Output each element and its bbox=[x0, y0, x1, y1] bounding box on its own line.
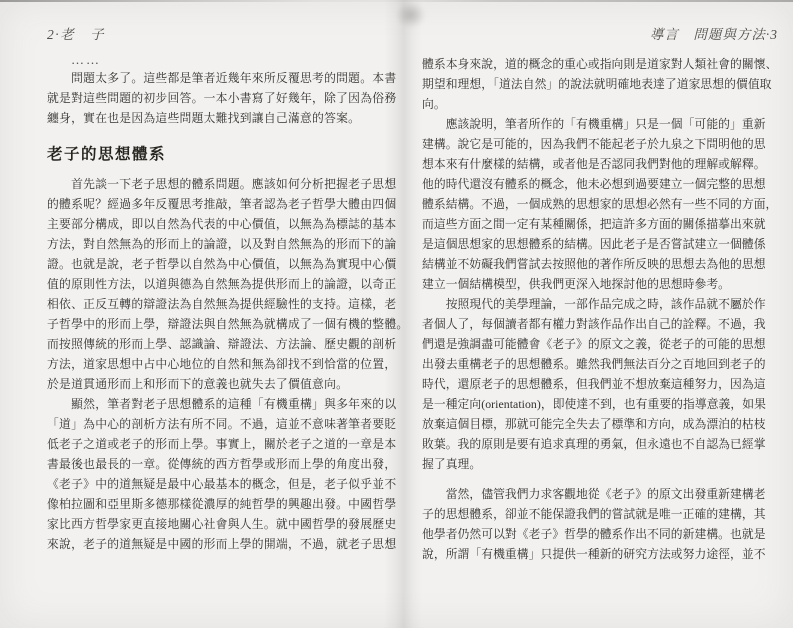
text-line: 方法，道家思想中占中心地位的自然和無為卻找不到恰當的位置， bbox=[47, 354, 389, 374]
text-line: 方法，對自然無為的形而上的論證，以及對自然無為的形而下的論 bbox=[47, 234, 389, 254]
text-line: 低老子之道或老子的形而上學。事實上，關於老子之道的一章是本 bbox=[47, 434, 389, 454]
text-line: 而這些方面之間一定有某種關係，把這許多方面的關係描摹出來就 bbox=[422, 214, 778, 234]
text-line: 建構。說它是可能的，因為我們不能起老子於九泉之下問明他的思 bbox=[422, 134, 778, 154]
text-line: 問題太多了。這些都是筆者近幾年來所反覆思考的問題。本書 bbox=[47, 68, 389, 88]
text-line: 《老子》中的道無疑是最中心最基本的概念，但是，老子似乎並不 bbox=[47, 474, 389, 494]
text-line: 而按照傳統的形而上學、認識論、辯證法、方法論、歷史觀的剖析 bbox=[47, 334, 389, 354]
text-line: 想本來有什麼樣的結構，或者他是否認同我們對他的理解或解釋。 bbox=[422, 154, 778, 174]
section-heading: 老子的思想體系 bbox=[47, 144, 389, 166]
text-line: 首先談一下老子思想的體系問題。應該如何分析把握老子思想 bbox=[47, 174, 389, 194]
text-line: 是一種定向(orientation)，即使達不到，也有重要的指導意義，如果 bbox=[422, 394, 778, 414]
text-line: 子哲學中的形而上學，辯證法與自然無為就構成了一個有機的整體。 bbox=[47, 314, 389, 334]
book-spread-scan: 2·老 子 …… 問題太多了。這些都是筆者近幾年來所反覆思考的問題。本書就是對這… bbox=[0, 0, 793, 628]
text-line: 應該說明，筆者所作的「有機重構」只是一個「可能的」重新 bbox=[422, 114, 778, 134]
right-page: 導言 問題與方法·3 體系本身來說，道的概念的重心或指向則是道家對人類社會的關懷… bbox=[422, 26, 778, 564]
text-line: 的體系呢？經過多年反覆思考推敲，筆者認為老子哲學大體由四個 bbox=[47, 194, 389, 214]
text-line: 他的時代還沒有體系的概念，他未必想到過要建立一個完整的思想 bbox=[422, 174, 778, 194]
text-line: 說，所謂「有機重構」只提供一種新的研究方法或努力途徑，並不 bbox=[422, 544, 778, 564]
text-line: 證。也就是說，老子哲學以自然為中心價值，以無為為實現中心價 bbox=[47, 254, 389, 274]
text-line: 期望和理想，「道法自然」的說法就明確地表達了道家思想的價值取 bbox=[422, 74, 778, 94]
book-gutter-smudge bbox=[396, 2, 426, 28]
ellipsis-line: …… bbox=[71, 52, 389, 68]
text-line: 體系本身來說，道的概念的重心或指向則是道家對人類社會的關懷、 bbox=[422, 54, 778, 74]
right-paragraph-1: 體系本身來說，道的概念的重心或指向則是道家對人類社會的關懷、期望和理想，「道法自… bbox=[422, 54, 778, 114]
right-paragraph-4: 當然，儘管我們力求客觀地從《老子》的原文出發重新建構老子的思想體系，卻並不能保證… bbox=[422, 484, 778, 564]
text-line: 敗葉。我的原則是要有追求真理的勇氣，但永遠也不自認為已經掌 bbox=[422, 434, 778, 454]
text-line: 體系結構。不過，一個成熟的思想家的思想必然有一些不同的方面， bbox=[422, 194, 778, 214]
text-line: 纏身，實在也是因為這些問題太難找到讓自己滿意的答案。 bbox=[47, 108, 389, 128]
left-running-head: 2·老 子 bbox=[47, 26, 389, 44]
text-line: 值的原則性方法，以道與德為自然無為提供形而上的論證，以奇正 bbox=[47, 274, 389, 294]
right-paragraph-2: 應該說明，筆者所作的「有機重構」只是一個「可能的」重新建構。說它是可能的，因為我… bbox=[422, 114, 778, 294]
text-line: 向。 bbox=[422, 94, 778, 114]
left-paragraph-2: 顯然，筆者對老子思想體系的這種「有機重構」與多年來的以「道」為中心的剖析方法有所… bbox=[47, 394, 389, 554]
text-line: 顯然，筆者對老子思想體系的這種「有機重構」與多年來的以 bbox=[47, 394, 389, 414]
text-line: 握了真理。 bbox=[422, 454, 778, 474]
text-line: 出發去重構老子的思想體系。雖然我們無法百分之百地回到老子的 bbox=[422, 354, 778, 374]
right-running-head: 導言 問題與方法·3 bbox=[422, 26, 778, 44]
right-paragraph-3: 按照現代的美學理論，一部作品完成之時，該作品就不屬於作者個人了，每個讀者都有權力… bbox=[422, 294, 778, 474]
text-line: 子的思想體系，卻並不能保證我們的嘗試就是唯一正確的建構，其 bbox=[422, 504, 778, 524]
text-line: 按照現代的美學理論，一部作品完成之時，該作品就不屬於作 bbox=[422, 294, 778, 314]
text-line: 於是道貫通形而上和形而下的意義也就失去了價值意向。 bbox=[47, 374, 389, 394]
left-page: 2·老 子 …… 問題太多了。這些都是筆者近幾年來所反覆思考的問題。本書就是對這… bbox=[47, 26, 389, 554]
text-line: 「道」為中心的剖析方法有所不同。不過，這並不意味著筆者要貶 bbox=[47, 414, 389, 434]
text-line: 當然，儘管我們力求客觀地從《老子》的原文出發重新建構老 bbox=[422, 484, 778, 504]
text-line: 建立一個結構模型，供我們更深入地探討他的思想時參考。 bbox=[422, 274, 778, 294]
text-line: 主要部分構成，即以自然為代表的中心價值，以無為為標誌的基本 bbox=[47, 214, 389, 234]
text-line: 相依、正反互轉的辯證法為自然無為提供經驗性的支持。這樣，老 bbox=[47, 294, 389, 314]
text-line: 他學者仍然可以對《老子》哲學的體系作出不同的新建構。也就是 bbox=[422, 524, 778, 544]
text-line: 就是對這些問題的初步回答。一本小書寫了好幾年，除了因為俗務 bbox=[47, 88, 389, 108]
text-line: 結構並不妨礙我們嘗試去按照他的著作所反映的思想去為他的思想 bbox=[422, 254, 778, 274]
text-line: 是這個思想家的思想體系的結構。因此老子是否嘗試建立一個體係 bbox=[422, 234, 778, 254]
left-paragraph-1: 首先談一下老子思想的體系問題。應該如何分析把握老子思想的體系呢？經過多年反覆思考… bbox=[47, 174, 389, 394]
text-line: 家比西方哲學家更直接地關心社會與人生。就中國哲學的發展歷史 bbox=[47, 514, 389, 534]
text-line: 書最後也最長的一章。從傳統的西方哲學或形而上學的角度出發， bbox=[47, 454, 389, 474]
left-intro-paragraph: 問題太多了。這些都是筆者近幾年來所反覆思考的問題。本書就是對這些問題的初步回答。… bbox=[47, 68, 389, 128]
text-line: 者個人了，每個讀者都有權力對該作品作出自己的詮釋。不過，我 bbox=[422, 314, 778, 334]
text-line: 放棄這個目標，那就可能完全失去了標準和方向，成為漂泊的枯枝 bbox=[422, 414, 778, 434]
text-line: 像柏拉圖和亞里斯多德那樣從濃厚的純哲學的興趣出發。中國哲學 bbox=[47, 494, 389, 514]
text-line: 來說，老子的道無疑是中國的形而上學的開端，不過，就老子思想 bbox=[47, 534, 389, 554]
text-line: 們還是強調盡可能體會《老子》的原文之義，從老子的可能的思想 bbox=[422, 334, 778, 354]
text-line: 時代，還原老子的思想體系，但我們並不想放棄這種努力，因為這 bbox=[422, 374, 778, 394]
